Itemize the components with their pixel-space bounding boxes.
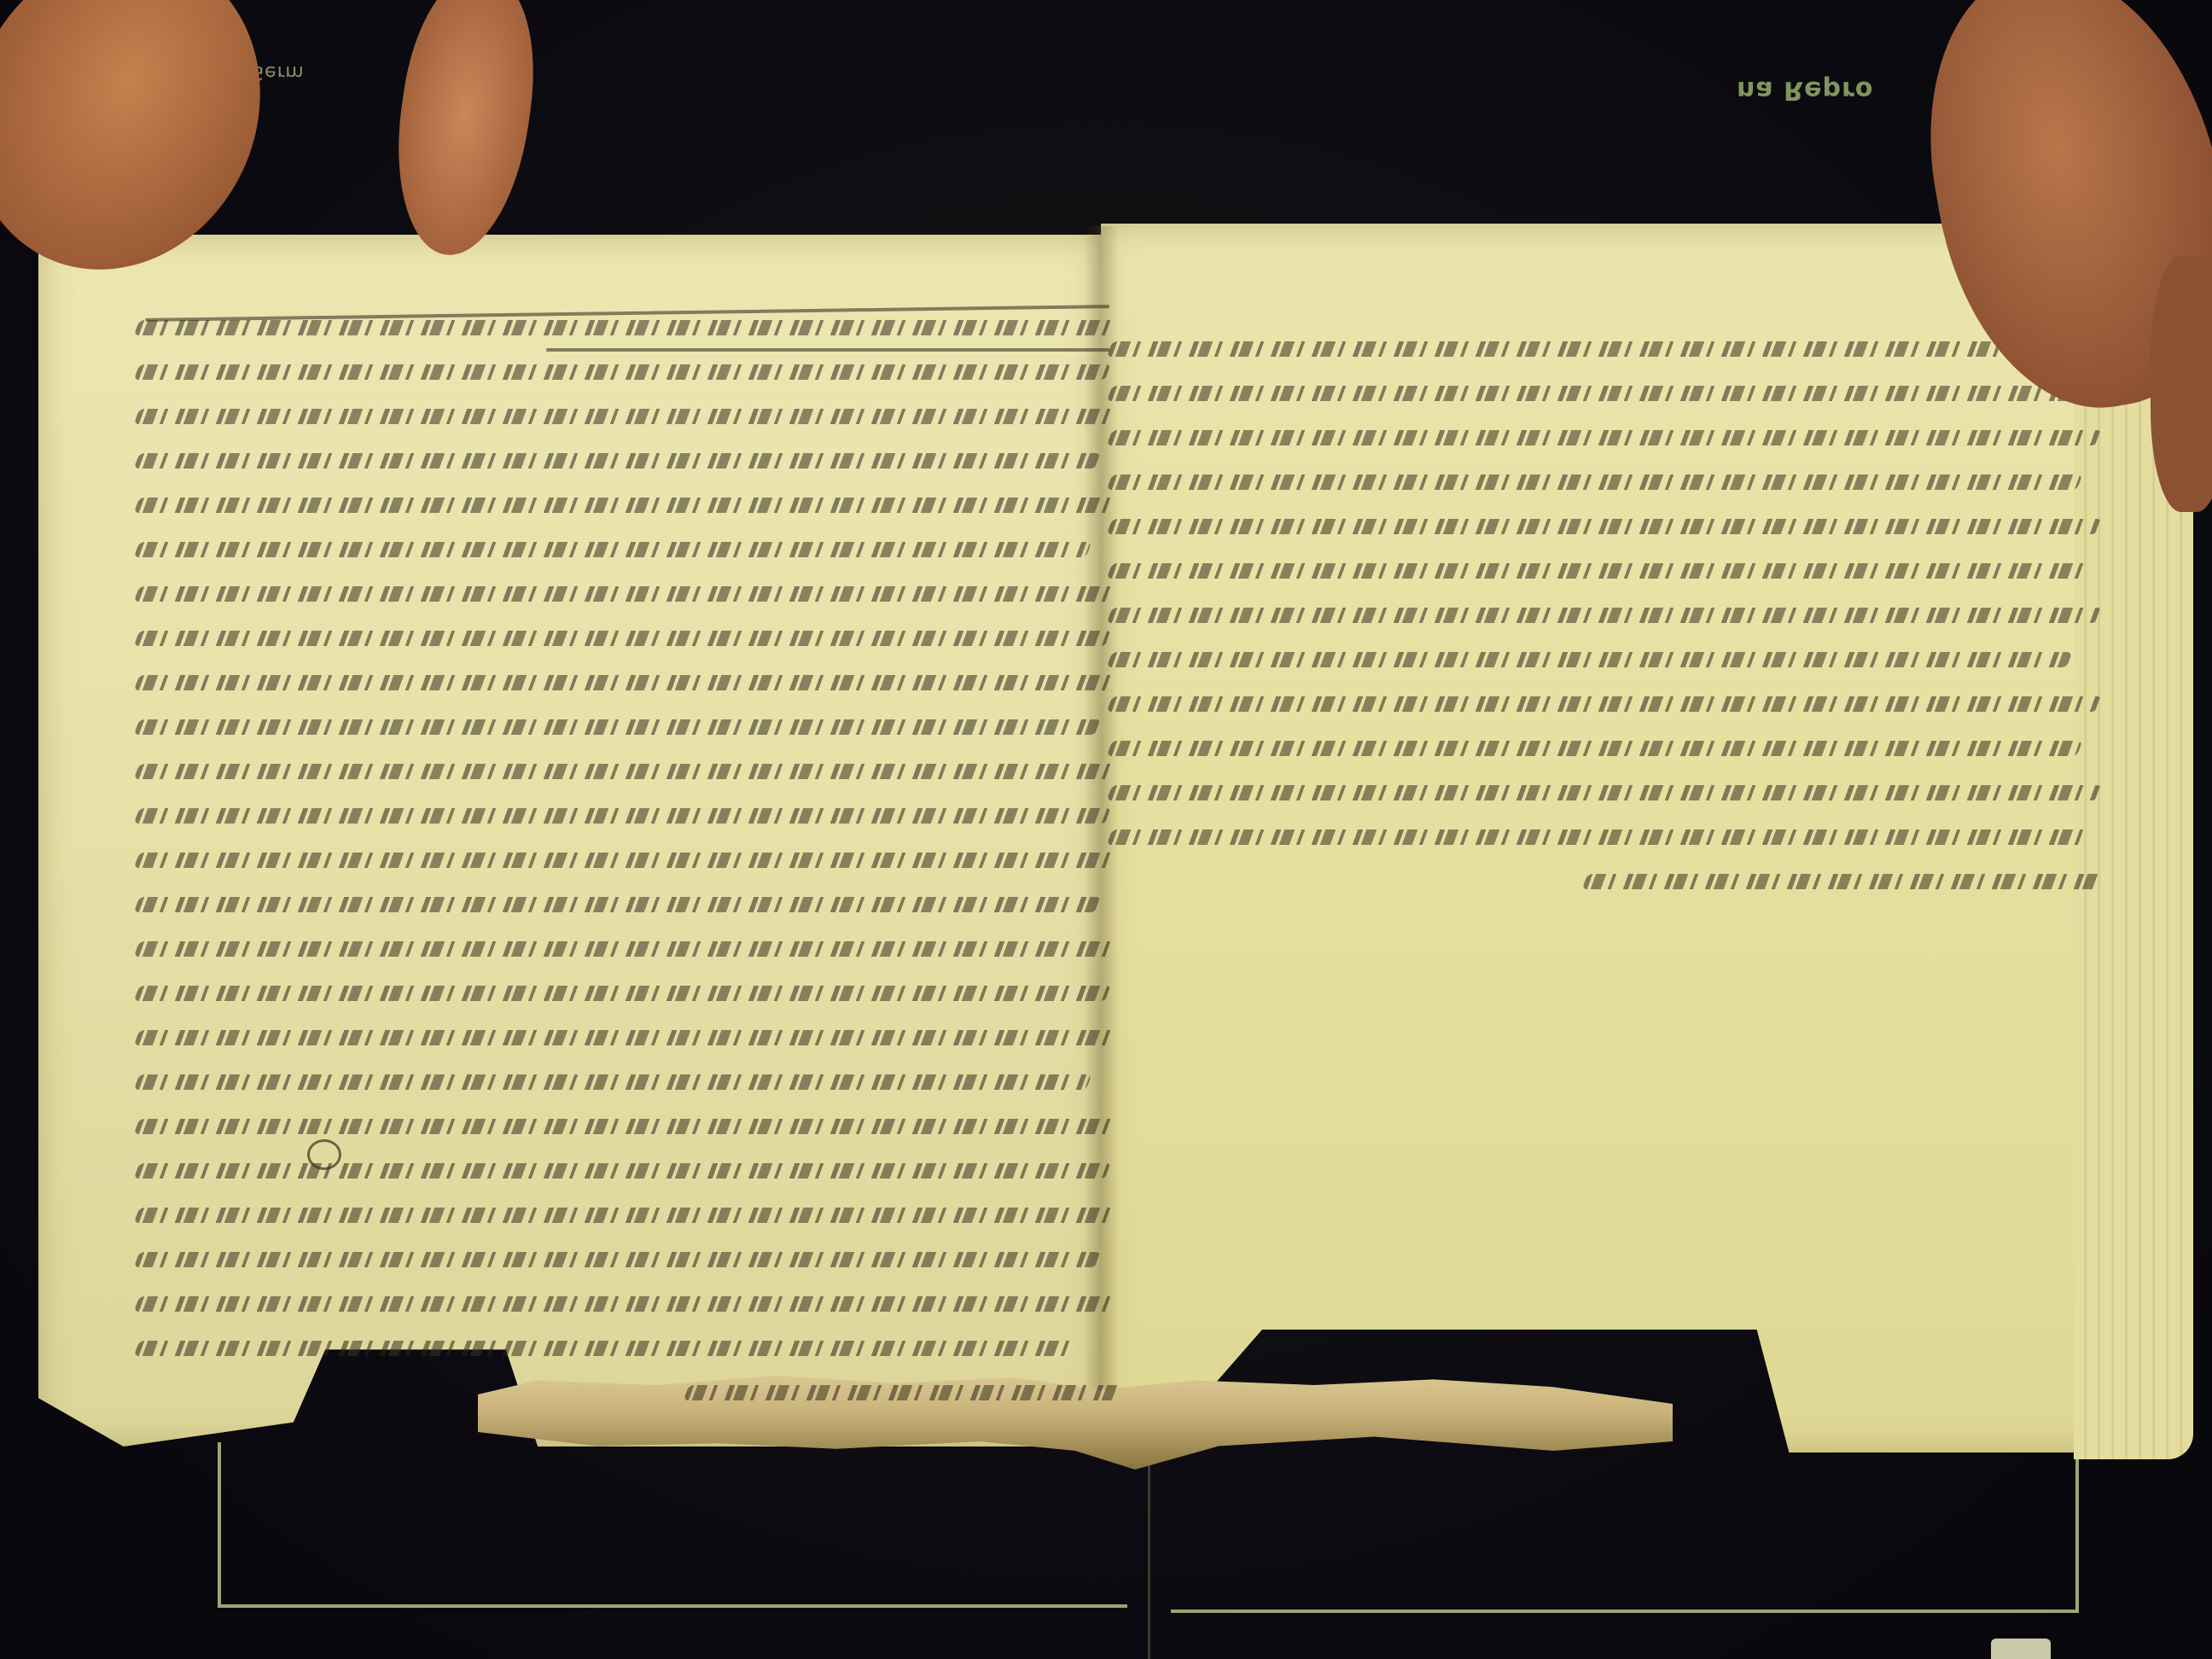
mat-frame-line-left xyxy=(218,1442,1127,1608)
seal-mark-icon xyxy=(307,1139,341,1170)
mat-label-brand: na Repro xyxy=(1737,75,1873,105)
right-page-handwriting xyxy=(1109,324,2099,901)
mat-frame-line-right xyxy=(1171,1451,2079,1613)
left-page-handwriting xyxy=(137,303,1118,1412)
mat-corner-tab xyxy=(1991,1639,2051,1659)
right-hand-finger-edge xyxy=(2151,256,2212,512)
